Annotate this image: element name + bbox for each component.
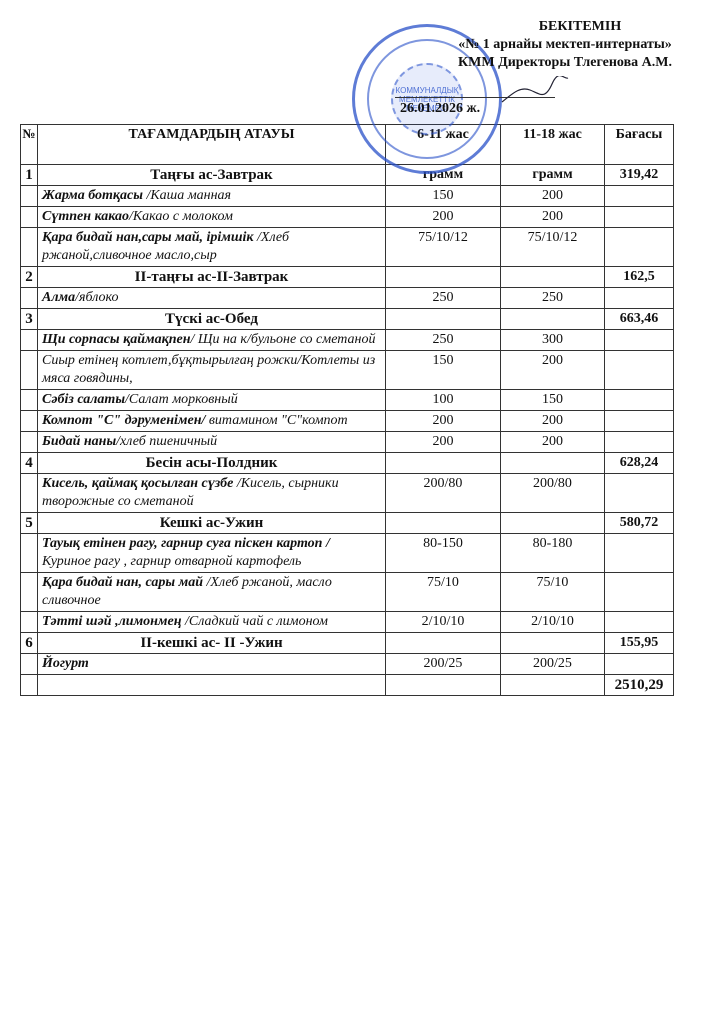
meal-price: 162,5 — [605, 267, 674, 288]
meal-row: 5Кешкі ас-Ужин580,72 — [21, 513, 674, 534]
dish-name-ru: /Салат морковный — [125, 392, 238, 407]
meal-name: ІІ-кешкі ас- ІІ -Ужин — [38, 633, 386, 654]
dish-row: Компот "С" дәруменімен/ витамином "С"ком… — [21, 411, 674, 432]
table-header-row: № ТАҒАМДАРДЫҢ АТАУЫ 6-11 жас 11-18 жас Б… — [21, 125, 674, 165]
dish-name-kz: Бидай наны — [42, 434, 116, 449]
dish-portion-11-18: 150 — [501, 390, 605, 411]
total-empty-cell — [21, 675, 38, 696]
dish-portion-11-18: 80-180 — [501, 534, 605, 573]
meal-index: 4 — [21, 453, 38, 474]
dish-name: Жарма ботқасы /Каша манная — [38, 186, 386, 207]
meal-unit-6-11 — [386, 453, 501, 474]
dish-portion-6-11: 75/10 — [386, 573, 501, 612]
meal-row: 4Бесін асы-Полдник628,24 — [21, 453, 674, 474]
approval-date: 26.01.2026 ж. — [400, 100, 480, 118]
dish-name: Йогурт — [38, 654, 386, 675]
dish-price-empty — [605, 654, 674, 675]
meal-row: 2ІІ-таңғы ас-ІІ-Завтрак162,5 — [21, 267, 674, 288]
dish-portion-11-18: 200 — [501, 207, 605, 228]
dish-name-kz: Алма — [42, 290, 75, 305]
meal-unit-11-18 — [501, 309, 605, 330]
approval-school: «№ 1 арнайы мектеп-интернаты» — [420, 36, 710, 54]
meal-row: 1Таңғы ас-Завтракграммграмм319,42 — [21, 165, 674, 186]
dish-name-ru: /хлеб пшеничный — [116, 434, 217, 449]
dish-name: Тауық етінен рагу, гарнир суға піскен ка… — [38, 534, 386, 573]
dish-name-ru: / Щи на к/бульоне со сметаной — [190, 332, 375, 347]
meal-price: 663,46 — [605, 309, 674, 330]
meal-price: 319,42 — [605, 165, 674, 186]
dish-portion-6-11: 200 — [386, 207, 501, 228]
dish-index-empty — [21, 390, 38, 411]
dish-index-empty — [21, 612, 38, 633]
dish-row: Тауық етінен рагу, гарнир суға піскен ка… — [21, 534, 674, 573]
meal-index: 5 — [21, 513, 38, 534]
dish-row: Сүтпен какао/Какао с молоком200200 — [21, 207, 674, 228]
dish-index-empty — [21, 186, 38, 207]
dish-price-empty — [605, 288, 674, 309]
menu-body: 1Таңғы ас-Завтракграммграмм319,42Жарма б… — [21, 165, 674, 696]
dish-price-empty — [605, 411, 674, 432]
dish-portion-11-18: 2/10/10 — [501, 612, 605, 633]
header-dish-name: ТАҒАМДАРДЫҢ АТАУЫ — [38, 125, 386, 165]
dish-name: Сиыр етінең котлет,бұқтырылғаң рожки/Кот… — [38, 351, 386, 390]
meal-unit-6-11 — [386, 267, 501, 288]
dish-price-empty — [605, 390, 674, 411]
dish-portion-6-11: 200 — [386, 432, 501, 453]
dish-name-kz: Тәтті шәй ,лимонмең — [42, 614, 182, 629]
meal-price: 628,24 — [605, 453, 674, 474]
dish-index-empty — [21, 432, 38, 453]
dish-name: Қара бидай нан,сары май, ірімшік /Хлеб р… — [38, 228, 386, 267]
dish-index-empty — [21, 330, 38, 351]
dish-portion-11-18: 200/25 — [501, 654, 605, 675]
meal-index: 1 — [21, 165, 38, 186]
header-no: № — [21, 125, 38, 165]
dish-portion-6-11: 200 — [386, 411, 501, 432]
dish-index-empty — [21, 573, 38, 612]
dish-name-kz: Кисель, қаймақ қосылған сүзбе — [42, 476, 233, 491]
dish-name-kz: Йогурт — [42, 656, 89, 671]
meal-unit-11-18 — [501, 513, 605, 534]
dish-row: Кисель, қаймақ қосылған сүзбе /Кисель, с… — [21, 474, 674, 513]
dish-index-empty — [21, 654, 38, 675]
dish-name: Алма/яблоко — [38, 288, 386, 309]
dish-name: Сәбіз салаты/Салат морковный — [38, 390, 386, 411]
dish-row: Қара бидай нан,сары май, ірімшік /Хлеб р… — [21, 228, 674, 267]
dish-price-empty — [605, 228, 674, 267]
meal-unit-6-11 — [386, 633, 501, 654]
dish-portion-11-18: 300 — [501, 330, 605, 351]
dish-portion-11-18: 250 — [501, 288, 605, 309]
dish-name-kz: Щи сорпасы қаймақпен — [42, 332, 190, 347]
dish-portion-6-11: 2/10/10 — [386, 612, 501, 633]
dish-portion-6-11: 200/80 — [386, 474, 501, 513]
meal-unit-6-11: грамм — [386, 165, 501, 186]
dish-index-empty — [21, 228, 38, 267]
header-age-11-18: 11-18 жас — [501, 125, 605, 165]
dish-price-empty — [605, 186, 674, 207]
dish-row: Жарма ботқасы /Каша манная150200 — [21, 186, 674, 207]
dish-name-kz: Сәбіз салаты — [42, 392, 125, 407]
dish-name-ru: Куриное рагу , гарнир отварной картофель — [42, 554, 301, 569]
meal-name: Таңғы ас-Завтрак — [38, 165, 386, 186]
meal-unit-11-18 — [501, 633, 605, 654]
dish-portion-11-18: 200 — [501, 432, 605, 453]
dish-row: Алма/яблоко250250 — [21, 288, 674, 309]
approval-director: КММ Директоры Тлегенова А.М. — [420, 54, 710, 72]
dish-portion-11-18: 200 — [501, 351, 605, 390]
total-empty-cell — [501, 675, 605, 696]
meal-unit-11-18: грамм — [501, 165, 605, 186]
dish-name: Бидай наны/хлеб пшеничный — [38, 432, 386, 453]
dish-name-ru: витамином "С"компот — [205, 413, 347, 428]
dish-price-empty — [605, 474, 674, 513]
header-age-6-11: 6-11 жас — [386, 125, 501, 165]
dish-portion-11-18: 200/80 — [501, 474, 605, 513]
dish-portion-6-11: 100 — [386, 390, 501, 411]
dish-index-empty — [21, 351, 38, 390]
dish-portion-11-18: 200 — [501, 186, 605, 207]
dish-index-empty — [21, 207, 38, 228]
dish-portion-11-18: 75/10 — [501, 573, 605, 612]
dish-row: Қара бидай нан, сары май /Хлеб ржаной, м… — [21, 573, 674, 612]
dish-name: Кисель, қаймақ қосылған сүзбе /Кисель, с… — [38, 474, 386, 513]
dish-name-kz: Сүтпен какао — [42, 209, 129, 224]
meal-row: 3Түскі ас-Обед663,46 — [21, 309, 674, 330]
dish-portion-6-11: 250 — [386, 288, 501, 309]
dish-price-empty — [605, 207, 674, 228]
dish-name-ru: /Каша манная — [143, 188, 231, 203]
dish-name-ru: /Сладкий чай с лимоном — [182, 614, 328, 629]
meal-unit-11-18 — [501, 453, 605, 474]
dish-name-ru: /яблоко — [75, 290, 118, 305]
meal-index: 3 — [21, 309, 38, 330]
dish-name-kz: Қара бидай нан, сары май — [42, 575, 203, 590]
total-price: 2510,29 — [605, 675, 674, 696]
dish-name-kz: Тауық етінен рагу, гарнир суға піскен ка… — [42, 536, 330, 551]
meal-name: Бесін асы-Полдник — [38, 453, 386, 474]
dish-index-empty — [21, 411, 38, 432]
meal-row: 6ІІ-кешкі ас- ІІ -Ужин155,95 — [21, 633, 674, 654]
meal-name: Түскі ас-Обед — [38, 309, 386, 330]
dish-name: Тәтті шәй ,лимонмең /Сладкий чай с лимон… — [38, 612, 386, 633]
dish-portion-6-11: 80-150 — [386, 534, 501, 573]
total-empty-cell — [38, 675, 386, 696]
dish-name-kz: Компот "С" дәруменімен/ — [42, 413, 205, 428]
dish-row: Тәтті шәй ,лимонмең /Сладкий чай с лимон… — [21, 612, 674, 633]
dish-name: Компот "С" дәруменімен/ витамином "С"ком… — [38, 411, 386, 432]
total-empty-cell — [386, 675, 501, 696]
dish-name-kz: Жарма ботқасы — [42, 188, 143, 203]
meal-unit-11-18 — [501, 267, 605, 288]
dish-index-empty — [21, 288, 38, 309]
dish-portion-6-11: 150 — [386, 186, 501, 207]
dish-price-empty — [605, 351, 674, 390]
dish-portion-6-11: 150 — [386, 351, 501, 390]
dish-portion-6-11: 75/10/12 — [386, 228, 501, 267]
meal-unit-6-11 — [386, 309, 501, 330]
dish-row: Сәбіз салаты/Салат морковный100150 — [21, 390, 674, 411]
dish-index-empty — [21, 534, 38, 573]
total-row: 2510,29 — [21, 675, 674, 696]
approval-title: БЕКІТЕМІН — [420, 18, 710, 36]
dish-name: Қара бидай нан, сары май /Хлеб ржаной, м… — [38, 573, 386, 612]
dish-index-empty — [21, 474, 38, 513]
dish-price-empty — [605, 534, 674, 573]
dish-price-empty — [605, 612, 674, 633]
menu-table: № ТАҒАМДАРДЫҢ АТАУЫ 6-11 жас 11-18 жас Б… — [20, 124, 674, 696]
dish-row: Щи сорпасы қаймақпен/ Щи на к/бульоне со… — [21, 330, 674, 351]
dish-portion-6-11: 200/25 — [386, 654, 501, 675]
signature-icon — [500, 76, 570, 106]
meal-name: ІІ-таңғы ас-ІІ-Завтрак — [38, 267, 386, 288]
dish-name-ru: /Какао с молоком — [129, 209, 233, 224]
dish-price-empty — [605, 573, 674, 612]
dish-row: Сиыр етінең котлет,бұқтырылғаң рожки/Кот… — [21, 351, 674, 390]
dish-name-ru: Сиыр етінең котлет,бұқтырылғаң рожки/Кот… — [42, 353, 375, 386]
header-price: Бағасы — [605, 125, 674, 165]
meal-index: 6 — [21, 633, 38, 654]
meal-unit-6-11 — [386, 513, 501, 534]
dish-name: Щи сорпасы қаймақпен/ Щи на к/бульоне со… — [38, 330, 386, 351]
dish-price-empty — [605, 330, 674, 351]
dish-row: Бидай наны/хлеб пшеничный200200 — [21, 432, 674, 453]
dish-row: Йогурт200/25200/25 — [21, 654, 674, 675]
dish-portion-11-18: 200 — [501, 411, 605, 432]
meal-index: 2 — [21, 267, 38, 288]
approval-block: БЕКІТЕМІН «№ 1 арнайы мектеп-интернаты» … — [420, 18, 710, 72]
dish-portion-6-11: 250 — [386, 330, 501, 351]
dish-name-kz: Қара бидай нан,сары май, ірімшік — [42, 230, 254, 245]
meal-name: Кешкі ас-Ужин — [38, 513, 386, 534]
meal-price: 580,72 — [605, 513, 674, 534]
dish-price-empty — [605, 432, 674, 453]
meal-price: 155,95 — [605, 633, 674, 654]
dish-name: Сүтпен какао/Какао с молоком — [38, 207, 386, 228]
dish-portion-11-18: 75/10/12 — [501, 228, 605, 267]
